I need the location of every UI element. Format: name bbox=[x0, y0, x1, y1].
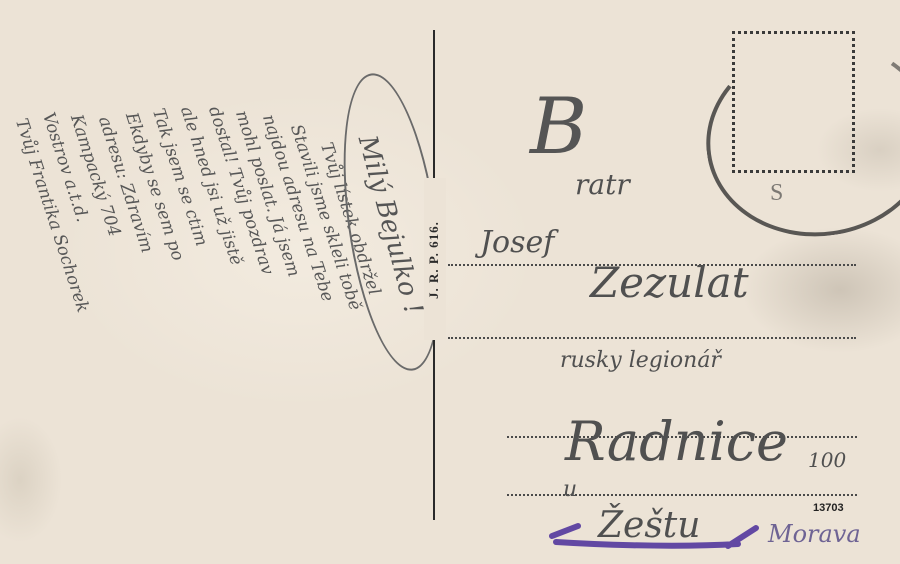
recipient-last-name: Zezulat bbox=[590, 258, 749, 307]
address-salutation-rest: ratr bbox=[575, 168, 630, 201]
recipient-house-number: 100 bbox=[808, 448, 846, 472]
recipient-district: Žeštu bbox=[598, 505, 700, 546]
recipient-region: Morava bbox=[768, 520, 861, 548]
address-line-2 bbox=[448, 337, 856, 339]
address-salutation-initial: B bbox=[530, 82, 587, 172]
serial-number: 13703 bbox=[813, 502, 844, 514]
stamp-placeholder-box bbox=[732, 31, 855, 173]
postcard-back: Tvůj lístek obdržel Stavili jsme skleli … bbox=[0, 0, 900, 564]
address-line-4 bbox=[507, 494, 857, 496]
recipient-title: rusky legionář bbox=[560, 348, 721, 373]
postmark-fragment: S bbox=[770, 180, 783, 207]
publisher-imprint: J. R. P. 616. bbox=[426, 180, 444, 340]
recipient-town: Radnice bbox=[565, 410, 788, 473]
handwritten-message: Tvůj lístek obdržel Stavili jsme skleli … bbox=[5, 0, 345, 564]
recipient-first-name: Josef bbox=[480, 225, 554, 260]
address-preposition: u bbox=[563, 477, 577, 502]
